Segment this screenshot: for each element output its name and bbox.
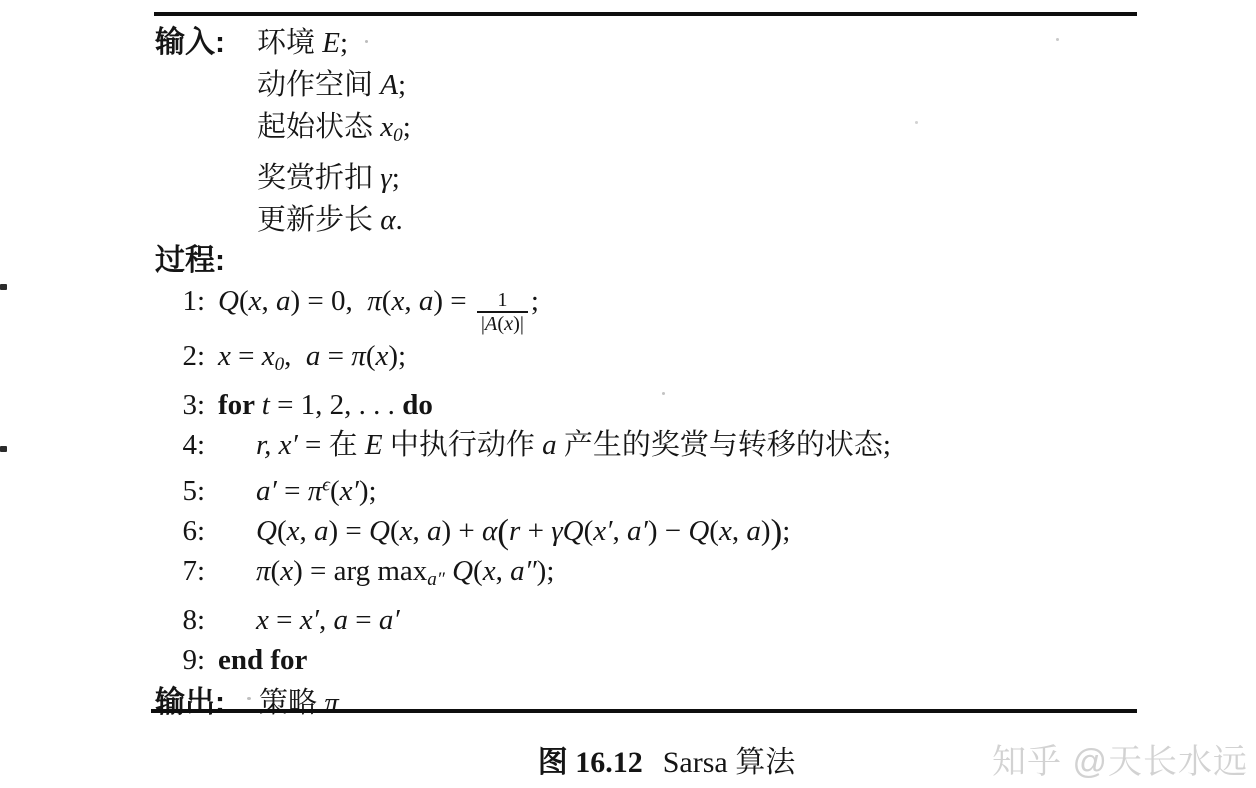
math-segment: r, x′	[256, 429, 298, 461]
algorithm-box-bottom-rule	[151, 709, 1137, 713]
math-segment: (	[473, 555, 483, 587]
math-segment: )	[771, 511, 783, 551]
step-content: for t = 1, 2, . . . do	[218, 389, 433, 421]
input-section: 输入:环境 E;动作空间 A;起始状态 x0;奖赏折扣 γ;更新步长 α.	[155, 22, 1215, 241]
math-segment: );	[388, 340, 406, 372]
math-segment: x	[504, 313, 513, 335]
algorithm-step: 1:Q(x, a) = 0, π(x, a) = 1|A(x)|;	[155, 281, 1215, 336]
math-segment: (	[390, 515, 400, 547]
figure-number: 图 16.12	[538, 746, 643, 779]
step-number: 2:	[155, 336, 218, 376]
math-segment: x	[483, 555, 496, 587]
math-segment: x	[400, 515, 413, 547]
math-segment: =	[277, 475, 308, 507]
math-segment: x	[280, 555, 293, 587]
math-segment: do	[402, 389, 433, 421]
math-segment: x	[256, 604, 269, 636]
math-segment: a	[314, 515, 329, 547]
sarsa-algorithm-pseudocode: 输入:环境 E;动作空间 A;起始状态 x0;奖赏折扣 γ;更新步长 α. 过程…	[155, 22, 1215, 724]
step-number: 3:	[155, 385, 218, 425]
math-segment: a′	[627, 515, 648, 547]
math-segment: E	[365, 429, 383, 461]
math-segment: ) −	[648, 515, 689, 547]
math-segment: (	[584, 515, 594, 547]
step-number: 9:	[155, 640, 218, 680]
step-number: 6:	[155, 511, 218, 551]
step-number: 1:	[155, 281, 218, 321]
math-segment: (	[497, 511, 509, 551]
scanned-textbook-page: 输入:环境 E;动作空间 A;起始状态 x0;奖赏折扣 γ;更新步长 α. 过程…	[0, 0, 1256, 788]
math-segment: x	[262, 340, 275, 372]
figure-title: Sarsa 算法	[663, 746, 795, 779]
math-segment: = 1, 2, . . .	[270, 389, 402, 421]
math-segment: ;	[392, 162, 400, 194]
math-segment: x	[249, 285, 262, 317]
math-segment: );	[537, 555, 555, 587]
algorithm-step: 2:x = x0, a = π(x);	[155, 336, 1215, 385]
text-segment: 策略	[259, 687, 324, 719]
step-number: 7:	[155, 551, 218, 591]
fraction-denominator: |A(x)|	[477, 311, 528, 336]
text-segment: 奖赏折扣	[257, 162, 380, 194]
text-segment: 动作空间	[257, 69, 380, 101]
step-content: Q(x, a) = Q(x, a) + α(r + γQ(x′, a′) − Q…	[218, 515, 790, 547]
algorithm-step: 7:π(x) = arg maxa″ Q(x, a″);	[155, 551, 1215, 600]
math-segment: a	[419, 285, 434, 317]
text-segment: 更新步长	[257, 204, 380, 236]
input-line-content: 起始状态 x0;	[257, 111, 411, 143]
math-segment: a	[427, 515, 442, 547]
math-segment: (	[330, 475, 340, 507]
math-segment: γQ	[551, 515, 583, 547]
algorithm-step: 5:a′ = πϵ(x′);	[155, 465, 1215, 511]
math-segment: (	[271, 555, 281, 587]
math-segment: a	[746, 515, 761, 547]
math-segment: ,	[612, 515, 627, 547]
math-segment: α	[380, 204, 395, 236]
math-segment: ) =	[433, 285, 474, 317]
math-segment: 0	[275, 354, 285, 375]
output-line: 输出:策略 π	[155, 682, 1215, 724]
math-segment: ) = arg max	[293, 555, 427, 587]
math-segment: Q	[369, 515, 390, 547]
math-segment: 0	[393, 125, 403, 146]
text-segment: 起始状态	[257, 111, 380, 143]
math-segment: (	[239, 285, 249, 317]
math-segment: x	[375, 340, 388, 372]
math-segment: ;	[531, 285, 539, 317]
math-segment: (	[277, 515, 287, 547]
step-number: 4:	[155, 425, 218, 465]
input-line: 起始状态 x0;	[155, 106, 1215, 157]
step-content: end for	[218, 644, 307, 676]
text-segment: 产生的奖赏与转移的状态	[557, 429, 883, 461]
input-line: 输入:环境 E;	[155, 22, 1215, 64]
math-segment: x	[391, 285, 404, 317]
math-segment: ;	[398, 69, 406, 101]
algorithm-box-top-rule	[154, 12, 1137, 16]
math-segment: t	[262, 389, 270, 421]
step-content: π(x) = arg maxa″ Q(x, a″);	[218, 555, 554, 587]
math-segment: Q	[452, 555, 473, 587]
math-segment: x′	[340, 475, 359, 507]
math-segment: =	[298, 429, 329, 461]
input-line-content: 奖赏折扣 γ;	[257, 162, 400, 194]
math-segment: =	[348, 604, 379, 636]
math-segment: π	[324, 687, 339, 719]
math-segment: ,	[496, 555, 511, 587]
math-segment: ) = 0,	[291, 285, 368, 317]
step-content: Q(x, a) = 0, π(x, a) = 1|A(x)|;	[218, 285, 539, 317]
math-segment: π	[256, 555, 271, 587]
algorithm-step: 6:Q(x, a) = Q(x, a) + α(r + γQ(x′, a′) −…	[155, 511, 1215, 551]
math-segment: )|	[513, 313, 524, 335]
math-segment: a	[333, 604, 348, 636]
math-segment: ,	[319, 604, 334, 636]
math-segment: );	[359, 475, 377, 507]
math-segment: x	[719, 515, 732, 547]
math-segment: =	[231, 340, 262, 372]
math-segment: ,	[413, 515, 428, 547]
math-segment: E	[322, 27, 340, 59]
input-line: 动作空间 A;	[155, 64, 1215, 106]
input-line-content: 动作空间 A;	[257, 69, 406, 101]
math-segment: end for	[218, 644, 307, 676]
math-segment: a″	[427, 569, 445, 590]
text-segment: 中执行动作	[383, 429, 543, 461]
math-segment: for	[218, 389, 262, 421]
math-segment: ;	[403, 111, 411, 143]
math-segment: x	[287, 515, 300, 547]
process-section-header: 过程:	[155, 241, 1215, 281]
fraction: 1|A(x)|	[477, 289, 528, 336]
math-segment: x′	[593, 515, 612, 547]
math-segment: x	[380, 111, 393, 143]
math-segment: x	[218, 340, 231, 372]
math-segment: π	[308, 475, 323, 507]
text-segment: 环境	[257, 27, 322, 59]
math-segment: γ	[380, 162, 391, 194]
math-segment: +	[520, 515, 551, 547]
math-segment: α	[482, 515, 497, 547]
math-segment: a″	[510, 555, 537, 587]
math-segment: a′	[379, 604, 400, 636]
step-content: a′ = πϵ(x′);	[218, 475, 377, 507]
input-line-content: 更新步长 α.	[257, 204, 403, 236]
algorithm-step: 3:for t = 1, 2, . . . do	[155, 385, 1215, 425]
step-number: 8:	[155, 600, 218, 640]
math-segment: a′	[256, 475, 277, 507]
math-segment	[445, 555, 452, 587]
scan-artifact-mark	[0, 284, 7, 290]
fraction-numerator: 1	[477, 289, 528, 312]
math-segment: ,	[732, 515, 747, 547]
math-segment: ;	[883, 429, 891, 461]
math-segment: =	[269, 604, 300, 636]
step-content: x = x0, a = π(x);	[218, 340, 406, 372]
zhihu-watermark: 知乎 @天长水远	[992, 734, 1248, 783]
algorithm-step: 9:end for	[155, 640, 1215, 680]
algorithm-step: 4:r, x′ = 在 E 中执行动作 a 产生的奖赏与转移的状态;	[155, 425, 1215, 465]
math-segment: =	[320, 340, 351, 372]
math-segment: ) +	[442, 515, 483, 547]
step-number: 5:	[155, 471, 218, 511]
input-line-content: 环境 E;	[257, 27, 348, 59]
output-content: 策略 π	[259, 687, 339, 719]
math-segment: ;	[340, 27, 348, 59]
process-steps: 1:Q(x, a) = 0, π(x, a) = 1|A(x)|;2:x = x…	[155, 281, 1215, 680]
math-segment: ϵ	[322, 474, 330, 495]
math-segment: 1	[497, 289, 507, 311]
math-segment: ,	[262, 285, 277, 317]
math-segment: ;	[782, 515, 790, 547]
math-segment: A	[485, 313, 497, 335]
math-segment: A	[380, 69, 398, 101]
math-segment: (	[709, 515, 719, 547]
process-label: 过程:	[155, 244, 225, 277]
input-line: 奖赏折扣 γ;	[155, 157, 1215, 199]
math-segment: ,	[284, 340, 306, 372]
text-segment: 在	[329, 429, 365, 461]
math-segment: Q	[688, 515, 709, 547]
math-segment: a	[542, 429, 557, 461]
math-segment: π	[351, 340, 366, 372]
math-segment: Q	[218, 285, 239, 317]
math-segment: )	[761, 515, 771, 547]
step-content: x = x′, a = a′	[218, 604, 400, 636]
math-segment: π	[367, 285, 382, 317]
math-segment: a	[306, 340, 321, 372]
input-line: 更新步长 α.	[155, 199, 1215, 241]
math-segment: ,	[404, 285, 419, 317]
math-segment: r	[509, 515, 520, 547]
math-segment: x′	[300, 604, 319, 636]
math-segment: Q	[256, 515, 277, 547]
output-label: 输出:	[155, 686, 225, 719]
scan-artifact-mark	[0, 446, 7, 452]
algorithm-step: 8:x = x′, a = a′	[155, 600, 1215, 640]
input-label: 输入:	[155, 22, 257, 64]
math-segment: ,	[300, 515, 315, 547]
math-segment: .	[396, 204, 403, 236]
figure-caption: 图 16.12Sarsa 算法	[155, 737, 1138, 781]
math-segment: ) =	[329, 515, 370, 547]
step-content: r, x′ = 在 E 中执行动作 a 产生的奖赏与转移的状态;	[218, 429, 891, 461]
math-segment: a	[276, 285, 291, 317]
